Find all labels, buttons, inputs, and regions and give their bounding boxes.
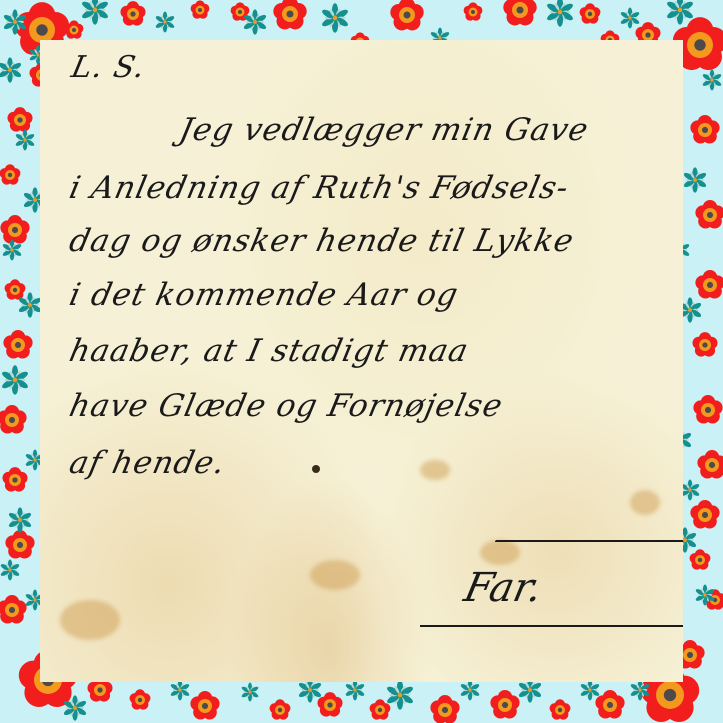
letter-line-6: have Glæde og Fornøjelse: [66, 388, 506, 424]
signature-underline: [420, 625, 683, 627]
ink-dot: [312, 465, 320, 473]
letter-line-2: i Anledning af Ruth's Fødsels-: [66, 170, 572, 206]
signature-flourish: [495, 540, 683, 542]
stain: [480, 540, 520, 565]
letter-line-7: af hende.: [66, 445, 229, 481]
letter-line-1: Jeg vedlægger min Gave: [176, 112, 592, 148]
letter-line-3: dag og ønsker hende til Lykke: [66, 223, 577, 259]
stain: [60, 600, 120, 640]
letter-line-4: i det kommende Aar og: [66, 277, 462, 313]
letter-line-5: haaber, at I stadigt maa: [66, 333, 472, 369]
signature: Far.: [460, 565, 546, 611]
stain: [420, 460, 450, 480]
salutation: L. S.: [68, 50, 148, 85]
handwritten-letter: L. S. Jeg vedlægger min Gave i Anledning…: [40, 40, 683, 682]
stain: [310, 560, 360, 590]
stain: [630, 490, 660, 515]
